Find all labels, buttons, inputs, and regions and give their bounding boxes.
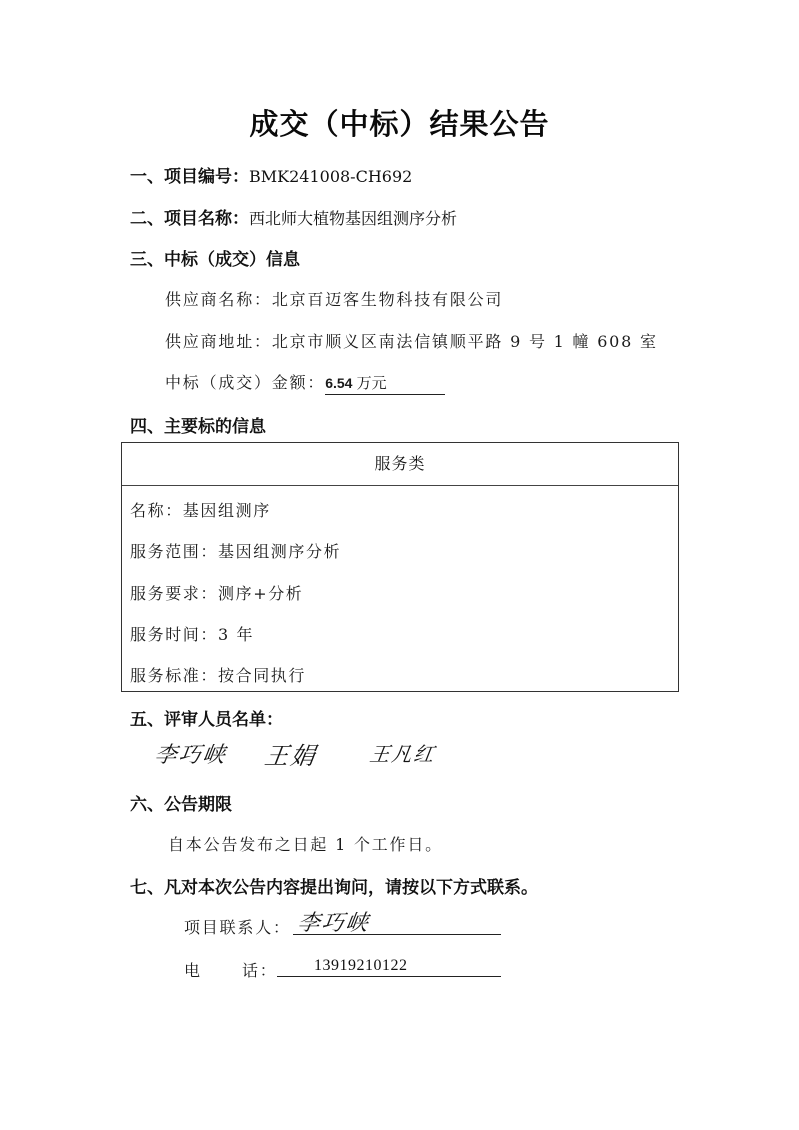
phone-label-part2: 话： [242, 958, 278, 981]
notice-period-text: 自本公告发布之日起 1 个工作日。 [168, 832, 443, 855]
phone-number: 13919210122 [314, 957, 408, 975]
project-number-label: 一、项目编号： [130, 167, 249, 187]
supplier-address-row: 供应商地址：北京市顺义区南法信镇顺平路 9 号 1 幢 608 室 [165, 329, 658, 352]
table-row-name: 名称：基因组测序 [130, 498, 271, 521]
project-number-row: 一、项目编号：BMK241008-CH692 [130, 162, 412, 187]
project-name-value: 西北师大植物基因组测序分析 [249, 209, 457, 228]
main-subject-heading: 四、主要标的信息 [130, 412, 266, 437]
supplier-name-value: 北京百迈客生物科技有限公司 [272, 290, 503, 309]
contact-heading: 七、凡对本次公告内容提出询问，请按以下方式联系。 [130, 873, 538, 898]
award-amount-label: 中标（成交）金额： [165, 373, 325, 392]
contact-person-label: 项目联系人： [184, 915, 291, 938]
table-header: 服务类 [122, 443, 678, 486]
award-amount-row: 中标（成交）金额：6.54 万元 [165, 370, 445, 395]
reviewers-heading: 五、评审人员名单： [130, 705, 283, 730]
phone-underline [277, 975, 501, 977]
project-number-value: BMK241008-CH692 [249, 167, 412, 186]
table-row-scope: 服务范围：基因组测序分析 [130, 539, 341, 562]
page-title: 成交（中标）结果公告 [0, 102, 799, 143]
table-row-requirement: 服务要求：测序+分析 [130, 581, 303, 604]
table-row-standard: 服务标准：按合同执行 [130, 663, 306, 686]
reviewer-signature-2: 王娟 [263, 736, 320, 771]
supplier-name-row: 供应商名称：北京百迈客生物科技有限公司 [165, 287, 503, 310]
award-amount-unit: 万元 [352, 375, 386, 392]
contact-person-signature: 李巧峡 [296, 906, 372, 937]
award-amount-value: 6.54 [325, 375, 352, 391]
award-amount-field: 6.54 万元 [325, 372, 445, 395]
project-name-row: 二、项目名称：西北师大植物基因组测序分析 [130, 204, 457, 229]
reviewer-signature-3: 王凡红 [368, 738, 438, 767]
supplier-address-value: 北京市顺义区南法信镇顺平路 9 号 1 幢 608 室 [272, 332, 658, 351]
subject-info-table: 服务类 名称：基因组测序 服务范围：基因组测序分析 服务要求：测序+分析 服务时… [121, 442, 679, 692]
notice-period-heading: 六、公告期限 [130, 790, 232, 815]
award-info-heading: 三、中标（成交）信息 [130, 245, 300, 270]
supplier-address-label: 供应商地址： [165, 332, 272, 351]
phone-label-part1: 电 [184, 958, 202, 981]
project-name-label: 二、项目名称： [130, 209, 249, 229]
supplier-name-label: 供应商名称： [165, 290, 272, 309]
reviewer-signature-1: 李巧峡 [153, 738, 229, 769]
table-row-duration: 服务时间：3 年 [130, 622, 254, 645]
